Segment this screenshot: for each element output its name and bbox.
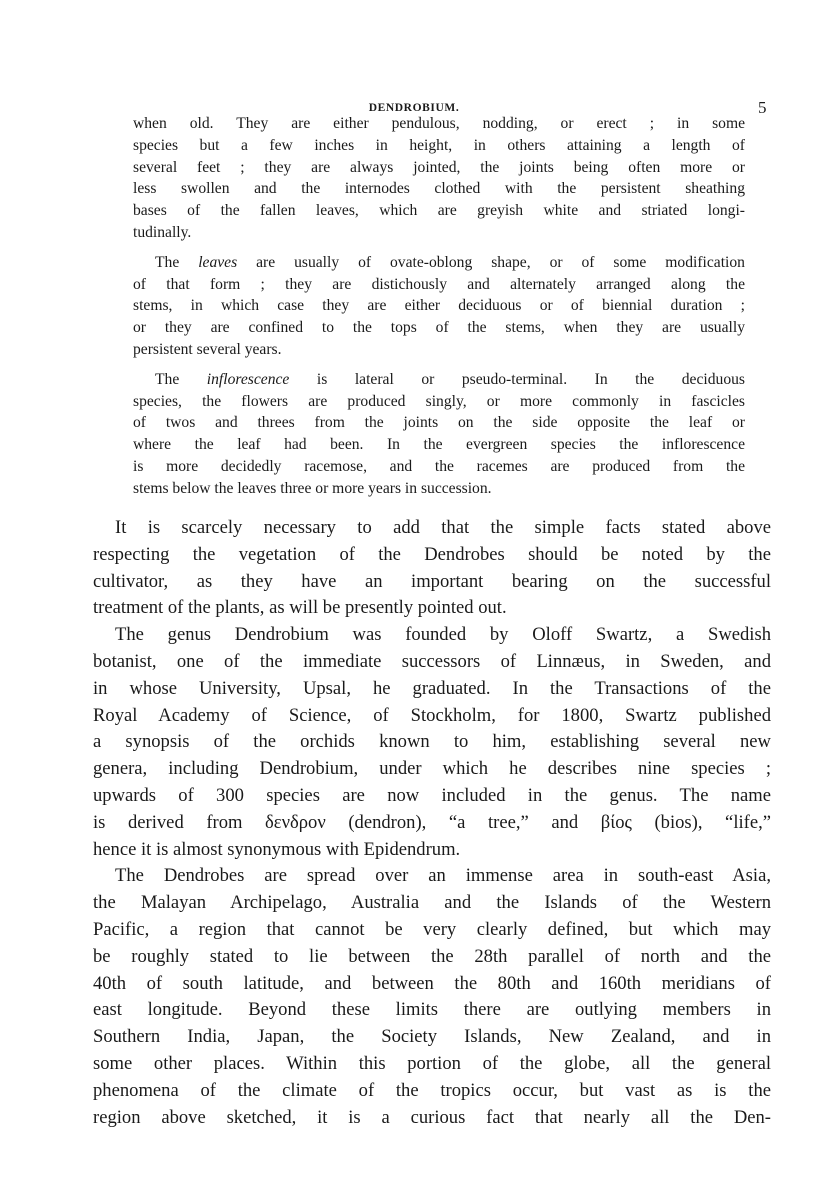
text-line: be roughly stated to lie between the 28t… <box>93 944 771 971</box>
paragraph-inflorescence: The inflorescence is lateral or pseudo-t… <box>133 369 745 500</box>
book-page: DENDROBIUM. 5 when old. They are either … <box>0 0 840 1191</box>
text-line: The genus Dendrobium was founded by Olof… <box>93 622 771 649</box>
text-line: tudinally. <box>133 222 745 244</box>
text-line: region above sketched, it is a curious f… <box>93 1105 771 1132</box>
text-line: The inflorescence is lateral or pseudo-t… <box>133 369 745 391</box>
text-line: botanist, one of the immediate successor… <box>93 649 771 676</box>
text-line: some other places. Within this portion o… <box>93 1051 771 1078</box>
text-line: east longitude. Beyond these limits ther… <box>93 997 771 1024</box>
text-line: genera, including Dendrobium, under whic… <box>93 756 771 783</box>
text-line: Royal Academy of Science, of Stockholm, … <box>93 703 771 730</box>
text-line: 40th of south latitude, and between the … <box>93 971 771 998</box>
paragraph-cultivation-note: It is scarcely necessary to add that the… <box>93 515 771 622</box>
text-line: respecting the vegetation of the Dendrob… <box>93 542 771 569</box>
text-line: the Malayan Archipelago, Australia and t… <box>93 890 771 917</box>
small-type-section: when old. They are either pendulous, nod… <box>133 113 745 500</box>
paragraph-leaves: The leaves are usually of ovate-oblong s… <box>133 252 745 361</box>
text-line: is more decidedly racemose, and the race… <box>133 456 745 478</box>
text-line: stems below the leaves three or more yea… <box>133 478 745 500</box>
paragraph-distribution: The Dendrobes are spread over an immense… <box>93 863 771 1131</box>
text-line: persistent several years. <box>133 339 745 361</box>
paragraph-genus-history: The genus Dendrobium was founded by Olof… <box>93 622 771 863</box>
paragraph-stems-continued: when old. They are either pendulous, nod… <box>133 113 745 244</box>
text-line: species but a few inches in height, in o… <box>133 135 745 157</box>
text-line: phenomena of the climate of the tropics … <box>93 1078 771 1105</box>
text-line: stems, in which case they are either dec… <box>133 295 745 317</box>
text-line: The leaves are usually of ovate-oblong s… <box>133 252 745 274</box>
text-line: is derived from δενδρον (dendron), “a tr… <box>93 810 771 837</box>
text-line: of twos and threes from the joints on th… <box>133 412 745 434</box>
text-line: Pacific, a region that cannot be very cl… <box>93 917 771 944</box>
text-line: The Dendrobes are spread over an immense… <box>93 863 771 890</box>
text-line: of that form ; they are distichously and… <box>133 274 745 296</box>
text-line: cultivator, as they have an important be… <box>93 569 771 596</box>
term-inflorescence: inflorescence <box>207 371 290 388</box>
text-line: upwards of 300 species are now included … <box>93 783 771 810</box>
page-number: 5 <box>758 98 767 118</box>
text-line: It is scarcely necessary to add that the… <box>93 515 771 542</box>
text-line: bases of the fallen leaves, which are gr… <box>133 200 745 222</box>
text-line: when old. They are either pendulous, nod… <box>133 113 745 135</box>
body-text-section: It is scarcely necessary to add that the… <box>93 515 771 1131</box>
text-line: a synopsis of the orchids known to him, … <box>93 729 771 756</box>
text-line: treatment of the plants, as will be pres… <box>93 595 771 622</box>
text-line: in whose University, Upsal, he graduated… <box>93 676 771 703</box>
text-line: several feet ; they are always jointed, … <box>133 157 745 179</box>
text-line: hence it is almost synonymous with Epide… <box>93 837 771 864</box>
term-leaves: leaves <box>198 254 237 271</box>
text-line: Southern India, Japan, the Society Islan… <box>93 1024 771 1051</box>
text-line: or they are confined to the tops of the … <box>133 317 745 339</box>
text-line: less swollen and the internodes clothed … <box>133 178 745 200</box>
text-line: species, the flowers are produced singly… <box>133 391 745 413</box>
text-line: where the leaf had been. In the evergree… <box>133 434 745 456</box>
